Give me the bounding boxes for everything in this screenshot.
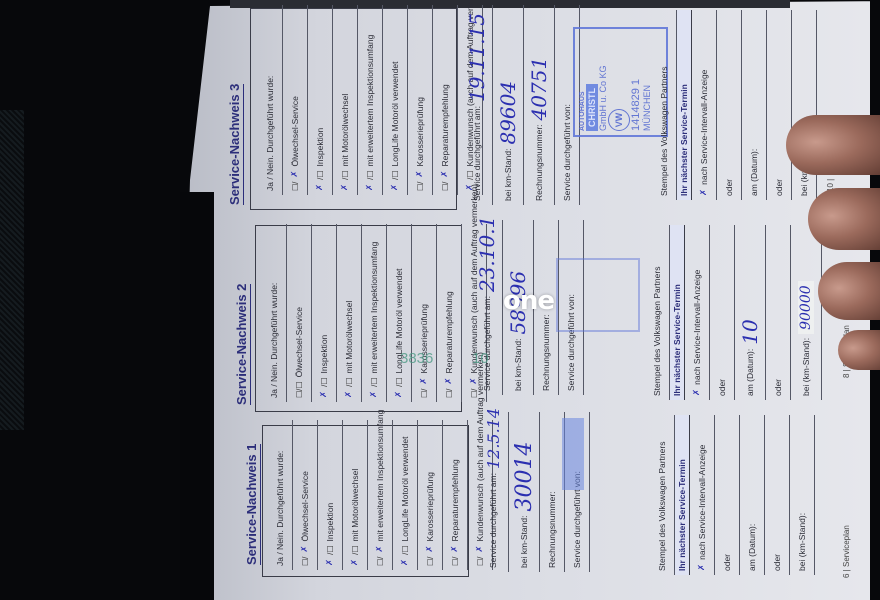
finger: [786, 115, 880, 175]
next-service-option: oder: [717, 10, 742, 200]
checklist-item[interactable]: ✗/☐LongLife Motoröl verwendet: [387, 224, 412, 402]
invoice-value: 40751: [527, 57, 551, 121]
overlay-digits: 3836: [400, 350, 433, 367]
service-record-3-next: Stempel des Volkswagen Partners Ihr näch…: [652, 10, 817, 200]
service-date-row: Service durchgeführt am: 19.11.15: [462, 5, 493, 205]
next-service-option[interactable]: ✗nach Service-Intervall-Anzeige: [692, 10, 717, 200]
vw-logo-icon: VW: [608, 109, 630, 131]
checklist-item[interactable]: ✗/☐Inspektion: [308, 5, 333, 195]
next-service-option: oder: [766, 225, 791, 400]
checklist-item[interactable]: ☐/✗mit erweitertem Inspektionsumfang: [368, 420, 393, 570]
background-fabric: [0, 110, 24, 430]
checklist-item[interactable]: ✗/☐mit erweitertem Inspektionsumfang: [362, 224, 387, 402]
checklist-item[interactable]: ☐/✗Reparaturempfehlung: [433, 5, 458, 195]
checklist-item[interactable]: ✗/☐mit Motorölwechsel: [337, 224, 362, 402]
km-row: bei km-Stand: 30014: [509, 412, 540, 572]
watermark-logo: one: [503, 286, 554, 316]
next-service-km: bei (km-Stand): 90000: [791, 225, 822, 400]
service-record-3-heading: Service-Nachweis 3: [226, 5, 244, 205]
checklist-item[interactable]: ☐/✗Ölwechsel-Service: [293, 420, 318, 570]
checklist-item[interactable]: ✗/☐Inspektion: [318, 420, 343, 570]
km-row: bei km-Stand: 89604: [493, 5, 524, 205]
next-service-option[interactable]: ✗nach Service-Intervall-Anzeige: [690, 415, 715, 575]
service-date-row: Service durchgeführt am: 12.5.14: [478, 412, 509, 572]
service-record-2-items: Ja / Nein. Durchgeführt wurde: ☐/☐Ölwech…: [262, 224, 487, 402]
dealer-stamp-partial: [562, 418, 584, 490]
next-service-option: oder: [715, 415, 740, 575]
checklist-item[interactable]: ☐/✗Reparaturempfehlung: [437, 224, 462, 402]
finger: [838, 330, 880, 370]
next-service-option: bei (km-Stand):: [790, 415, 815, 575]
checklist-item[interactable]: ☐/✗Reparaturempfehlung: [443, 420, 468, 570]
service-record-1-next: Stempel des Volkswagen Partners Ihr näch…: [650, 415, 815, 575]
next-service-option: am (Datum):: [740, 415, 765, 575]
checklist-item[interactable]: ☐/☐Ölwechsel-Service: [287, 224, 312, 402]
checklist-item[interactable]: ☐/✗Karosserieprüfung: [418, 420, 443, 570]
checklist-item[interactable]: ✗/☐LongLife Motoröl verwendet: [383, 5, 408, 195]
finger: [808, 188, 880, 250]
next-service-option: oder: [710, 225, 735, 400]
checklist-item[interactable]: ✗/☐mit erweitertem Inspektionsumfang: [358, 5, 383, 195]
km-value: 30014: [512, 442, 537, 512]
booklet-binding-shadow: [180, 192, 214, 600]
page-title: Service-Nachweis 3: [227, 84, 244, 205]
km-value: 89604: [496, 81, 520, 145]
checklist-intro: Ja / Nein. Durchgeführt wurde:: [268, 420, 293, 570]
service-record-1-heading: Service-Nachweis 1: [243, 365, 261, 565]
service-date-value: 19.11.15: [465, 13, 489, 102]
service-date-value: 23.10.1: [475, 216, 499, 292]
checklist-item[interactable]: ✗/☐LongLife Motoröl verwendet: [393, 420, 418, 570]
checklist-item[interactable]: ☐/✗Karosserieprüfung: [412, 224, 437, 402]
checklist-intro: Ja / Nein. Durchgeführt wurde:: [258, 5, 283, 195]
checklist-item[interactable]: ✗/☐mit Motorölwechsel: [343, 420, 368, 570]
stamp-label: Stempel des Volkswagen Partners: [652, 10, 677, 200]
invoice-row: Rechnungsnummer: 40751: [524, 5, 555, 205]
next-service-option: oder: [767, 10, 792, 200]
stamp-label: Stempel des Volkswagen Partners: [650, 415, 675, 575]
checklist-item[interactable]: ☐/✗Ölwechsel-Service: [283, 5, 308, 195]
finger: [818, 262, 880, 320]
next-service-option[interactable]: ✗nach Service-Intervall-Anzeige: [685, 225, 710, 400]
next-service-option: oder: [765, 415, 790, 575]
service-record-2-next: Stempel des Volkswagen Partners Ihr näch…: [645, 225, 822, 400]
page-title: Service-Nachweis 1: [244, 444, 261, 565]
next-service-option: am (Datum):: [742, 10, 767, 200]
page-footer: 6 | Serviceplan: [842, 525, 851, 578]
next-service-heading: Ihr nächster Service-Termin: [675, 415, 690, 575]
service-record-1-items: Ja / Nein. Durchgeführt wurde: ☐/✗Ölwech…: [268, 420, 493, 570]
service-record-3-items: Ja / Nein. Durchgeführt wurde: ☐/✗Ölwech…: [258, 5, 483, 195]
checklist-item[interactable]: ✗/☐mit Motorölwechsel: [333, 5, 358, 195]
service-date-value: 12.5.14: [484, 408, 503, 469]
service-record-3-details: Service durchgeführt am: 19.11.15 bei km…: [462, 5, 580, 205]
next-service-date: am (Datum): 10: [735, 225, 766, 400]
checklist-item[interactable]: ✗/☐Inspektion: [312, 224, 337, 402]
next-service-heading: Ihr nächster Service-Termin: [670, 225, 685, 400]
service-booklet-photo: Service-Nachweis 3 Ja / Nein. Durchgefüh…: [0, 0, 880, 600]
checklist-item[interactable]: ☐/✗Karosserieprüfung: [408, 5, 433, 195]
overlay-digits: 10: [472, 350, 489, 367]
stamp-label: Stempel des Volkswagen Partners: [645, 225, 670, 400]
dealer-stamp-faded: [556, 258, 640, 332]
checklist-intro: Ja / Nein. Durchgeführt wurde:: [262, 224, 287, 402]
next-service-heading: Ihr nächster Service-Termin: [677, 10, 692, 200]
